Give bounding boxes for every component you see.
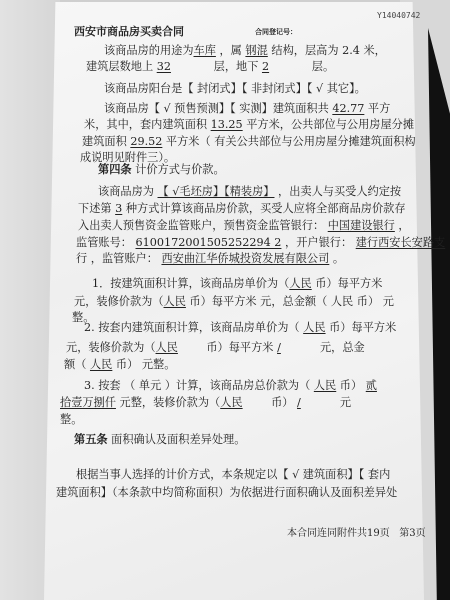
document-content: Y14040742 西安市商品房买卖合同 合同登记号： 该商品房的用途为车库 ，… (0, 0, 450, 600)
method-1-line-2: 元，装修价款为（人民 币）每平方米 元，总金额（ 人民 币） 元 (74, 293, 394, 309)
inner-area-value: 13.25 (211, 118, 243, 131)
article-4-heading: 第四条 计价方式与价款。 (98, 161, 225, 177)
page-number: 第3页 (399, 528, 425, 539)
area-confirm-line-1: 根据当事人选择的计价方式，本条规定以【 √ 建筑面积】【 套内 (76, 466, 390, 482)
pricing-line-4: 监管账号： 6100172001505252294 2 ，开户银行： 建行西安长… (76, 234, 445, 250)
opening-bank-value: 建行西安长安路支 (356, 236, 446, 249)
total-area-value: 42.77 (332, 102, 364, 115)
method-3-line-2: 拾壹万捌仟 元整，装修价款为（人民 币） / 元 (60, 394, 351, 410)
supervising-bank-value: 中国建设银行 (328, 219, 395, 232)
method-2-line-1: 2. 按套内建筑面积计算，该商品房单价为（ 人民 币）每平方米 (84, 319, 396, 335)
page-footer: 本合同连同附件共19页 第3页 (287, 524, 426, 539)
article-5-heading: 第五条 面积确认及面积差异处理。 (74, 431, 245, 447)
document-title: 西安市商品房买卖合同 (74, 23, 184, 39)
usage-line: 该商品房的用途为车库 ，属 钢混 结构，层高为 2.4 米， (104, 42, 386, 58)
account-name-value: 西安曲江华侨城投资发展有限公司 (161, 252, 329, 265)
serial-number: Y14040742 (377, 11, 420, 20)
area-line-1: 该商品房【 √ 预售预测】【 实测】建筑面积共 42.77 平方 (104, 100, 390, 116)
structure-value: 钢混 (245, 44, 267, 57)
area-line-2: 米，其中，套内建筑面积 13.25 平方米，公共部位与公用房屋分摊 (84, 116, 414, 132)
pricing-line-5: 行 ，监管账户： 西安曲江华侨城投资发展有限公司 。 (76, 250, 344, 266)
pricing-line-2: 下述第 3 种方式计算该商品房价款，买受人应将全部商品房价款存 (78, 200, 406, 216)
usage-value: 车库 (194, 44, 216, 57)
floors-above-value: 32 (157, 60, 171, 73)
balcony-line: 该商品房阳台是【 封闭式】【 非封闭式】【 √ 其它】。 (104, 80, 366, 96)
account-number-value: 6100172001505252294 2 (136, 236, 282, 249)
method-3-line-1: 3. 按套 （ 单元 ）计算，该商品房总价款为（ 人民 币） 贰 (84, 377, 377, 393)
method-1-line-1: 1．按建筑面积计算，该商品房单价为（人民 币）每平方米 (92, 275, 382, 291)
floor-height-value: 2.4 (342, 44, 360, 57)
pricing-line-1: 该商品房为 【 √毛坯房】【精装房】 ，出卖人与买受人约定按 (98, 183, 401, 199)
area-confirm-line-2: 建筑面积】（本条款中均简称面积）为依据进行面积确认及面积差异处 (56, 484, 397, 500)
floors-below-value: 2 (262, 60, 269, 73)
floors-line: 建筑层数地上 32 层，地下 2 层。 (86, 58, 334, 74)
shared-area-value: 29.52 (130, 135, 162, 148)
method-value: 3 (115, 202, 122, 215)
total-pages: 本合同连同附件共19页 (287, 528, 390, 539)
pricing-line-3: 入出卖人预售资金监管账户，预售资金监管银行： 中国建设银行 ， (78, 217, 410, 233)
method-3-line-3: 整。 (60, 411, 82, 427)
area-line-3: 建筑面积 29.52 平方米（ 有关公共部位与公用房屋分摊建筑面积构 (82, 133, 416, 149)
method-2-line-2: 元，装修价款为（人民 币）每平方米 / 元，总金 (66, 339, 365, 355)
total-price-value: 贰 (366, 379, 377, 392)
method-2-line-3: 额（ 人民 币） 元整。 (64, 356, 175, 372)
registration-label: 合同登记号： (255, 27, 297, 37)
house-type-value: 【 √毛坯房】【精装房】 (158, 185, 275, 198)
